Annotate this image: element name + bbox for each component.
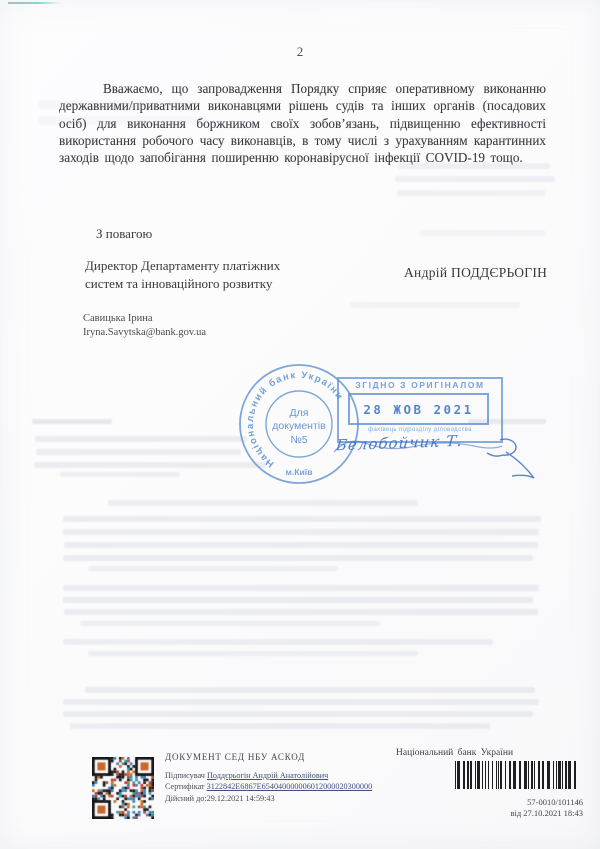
- stamp-role-text: фахівець підрозділу діловодства: [339, 427, 501, 433]
- barcode-bar: [475, 761, 476, 789]
- barcode-bar: [457, 761, 460, 789]
- barcode-bar: [556, 761, 557, 789]
- esign-cert-line: Сертифікат 3122842E6867E6540400000060120…: [165, 781, 372, 792]
- bleed-through-text-line: [63, 529, 539, 535]
- bleed-through-text-line: [80, 621, 380, 626]
- esign-validity: Дійсний до:29.12.2021 14:59:43: [165, 793, 372, 804]
- barcode-bar: [492, 761, 493, 789]
- barcode-bar: [558, 761, 561, 789]
- cert-label: Сертифікат: [165, 782, 205, 791]
- barcode-bar: [496, 761, 497, 789]
- barcode-bar: [463, 761, 465, 789]
- barcode-bar: [509, 761, 511, 789]
- bleed-through-text-line: [108, 500, 418, 506]
- barcode: [455, 761, 583, 789]
- bleed-through-text-line: [63, 555, 533, 561]
- footer-system-label: ДОКУМЕНТ СЕД НБУ АСКОД: [165, 752, 305, 762]
- certified-copy-stamp: ЗГІДНО З ОРИГІНАЛОМ 28 ЖОВ 2021 фахівець…: [337, 377, 503, 443]
- seal-star-icon: *: [266, 459, 269, 468]
- seal-center-line1: Для: [290, 407, 309, 419]
- cert-number: 3122842E6867E654040000006012000020300000: [207, 782, 373, 791]
- barcode-bar: [538, 761, 540, 789]
- barcode-bar: [565, 761, 567, 789]
- bleed-through-text-line: [63, 597, 533, 603]
- contact-name: Савицька Ірина: [83, 312, 206, 326]
- barcode-bar: [498, 761, 499, 789]
- closing-salutation: З повагою: [96, 226, 152, 242]
- bleed-through-text-line: [397, 190, 545, 196]
- barcode-bar: [531, 761, 533, 789]
- bleed-through-text-line: [63, 585, 539, 591]
- bleed-through-text-line: [64, 542, 538, 548]
- signer-title-line2: систем та інноваційного розвитку: [85, 275, 280, 293]
- barcode-bar: [534, 761, 535, 789]
- stamp-title: ЗГІДНО З ОРИГІНАЛОМ: [339, 380, 501, 390]
- barcode-bar: [524, 761, 527, 789]
- bleed-through-text-line: [63, 516, 541, 522]
- barcode-bar: [455, 761, 456, 789]
- stamp-date-box: 28 ЖОВ 2021: [348, 393, 489, 425]
- bleed-through-text-line: [63, 639, 493, 645]
- bleed-through-text-line: [34, 462, 266, 468]
- signer-label: Підписувач: [165, 771, 205, 780]
- bleed-through-text-line: [32, 419, 112, 424]
- registration-block: 57-0010/101146 від 27.10.2021 18:43: [463, 797, 583, 819]
- bleed-through-text-line: [64, 609, 538, 615]
- barcode-bar: [574, 761, 576, 789]
- barcode-bar: [485, 761, 486, 789]
- signer-title: Директор Департаменту платіжних систем т…: [85, 257, 280, 292]
- bleed-through-text-line: [88, 651, 418, 656]
- signer-title-line1: Директор Департаменту платіжних: [85, 257, 280, 275]
- barcode-bar: [562, 761, 563, 789]
- barcode-bar: [553, 761, 554, 789]
- page-number: 2: [0, 44, 600, 60]
- bleed-through-text-line: [63, 711, 533, 717]
- barcode-bar: [500, 761, 502, 789]
- signer-name: Андрій ПОДДЄРЬОГІН: [404, 265, 547, 281]
- bleed-through-text-line: [395, 176, 555, 182]
- barcode-bar: [568, 761, 571, 789]
- seal-center-line3: №5: [290, 434, 307, 446]
- barcode-bar: [477, 761, 480, 789]
- contact-email: Iryna.Savytska@bank.gov.ua: [83, 326, 206, 340]
- footer-org-name: Національний банк України: [396, 748, 586, 758]
- seal-city-text: м.Київ: [286, 467, 313, 477]
- bleed-through-text-line: [35, 436, 247, 442]
- bleed-through-text-line: [63, 699, 539, 705]
- bleed-through-text-line: [70, 723, 490, 729]
- barcode-bar: [488, 761, 489, 789]
- bleed-through-text-line: [350, 302, 520, 308]
- barcode-bar: [542, 761, 544, 789]
- barcode-bar: [513, 761, 516, 789]
- scanned-document-page: 2 Вважаємо, що запровадження Порядку спр…: [0, 0, 600, 849]
- barcode-bar: [528, 761, 529, 789]
- qr-code: [92, 757, 154, 819]
- stamp-date: 28 ЖОВ 2021: [363, 402, 473, 417]
- barcode-bar: [470, 761, 472, 789]
- esign-details: Підписувач Поддєрьогін Андрій Анатолійов…: [165, 770, 372, 804]
- bleed-through-text-line: [420, 230, 545, 236]
- barcode-bar: [467, 761, 469, 789]
- scan-artifact-line: [8, 2, 62, 4]
- bleed-through-text-line: [85, 687, 535, 693]
- esign-signer-line: Підписувач Поддєрьогін Андрій Анатолійов…: [165, 770, 372, 781]
- bleed-through-text-line: [60, 472, 180, 477]
- doc-date: від 27.10.2021 18:43: [463, 808, 583, 819]
- seal-center-line2: документів: [272, 420, 326, 432]
- bleed-through-text-line: [88, 566, 338, 571]
- bleed-through-text-line: [36, 449, 241, 455]
- contact-block: Савицька Ірина Iryna.Savytska@bank.gov.u…: [83, 312, 206, 339]
- body-paragraph: Вважаємо, що запровадження Порядку сприя…: [59, 80, 546, 166]
- barcode-bar: [482, 761, 483, 789]
- barcode-bar: [505, 761, 506, 789]
- barcode-bar: [519, 761, 521, 789]
- esign-signer-name: Поддєрьогін Андрій Анатолійович: [207, 771, 328, 780]
- barcode-bar: [547, 761, 550, 789]
- doc-number: 57-0010/101146: [463, 797, 583, 808]
